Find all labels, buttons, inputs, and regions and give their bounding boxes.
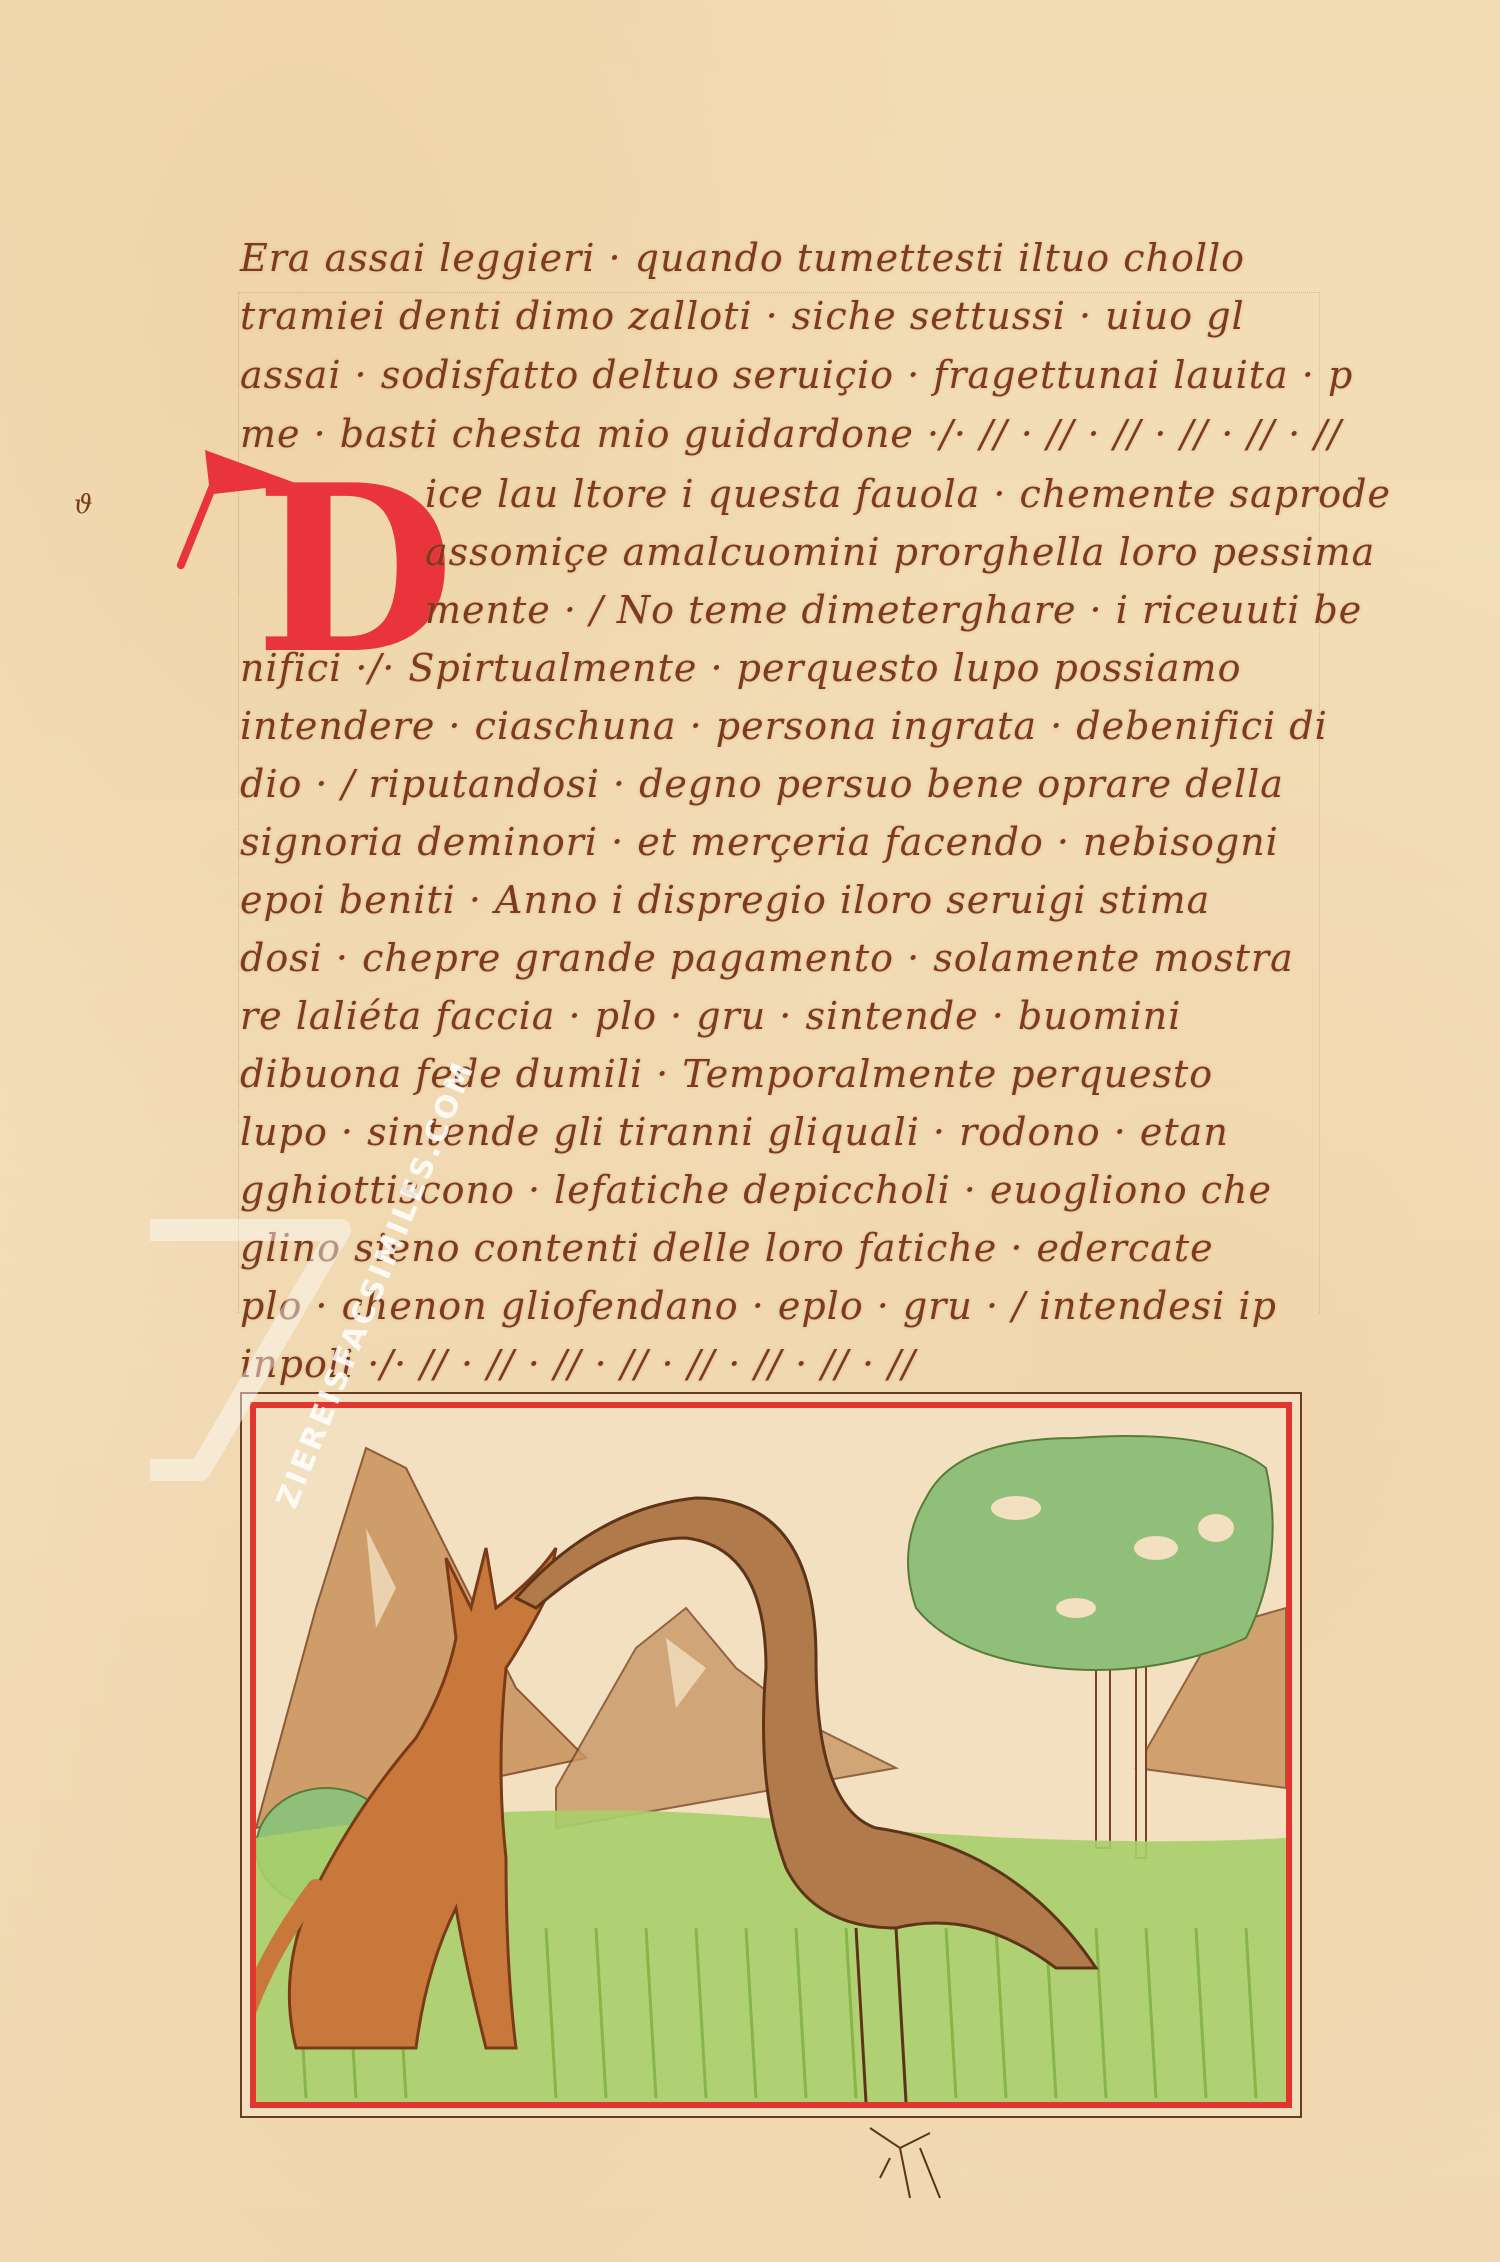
text-line: assai · sodisfatto deltuo seruiçio · fra… [240, 353, 1353, 397]
text-line: Era assai leggieri · quando tumettesti i… [240, 236, 1245, 280]
text-line: intendere · ciaschuna · persona ingrata … [240, 704, 1328, 748]
text-line: dio · / riputandosi · degno persuo bene … [240, 762, 1284, 806]
text-line: tramiei denti dimo zalloti · siche settu… [240, 294, 1245, 338]
text-line: plo · chenon gliofendano · eplo · gru · … [240, 1284, 1277, 1328]
text-line: me · basti chesta mio guidardone ·/· // … [240, 412, 1342, 456]
text-line: ice lau ltore i questa fauola · chemente… [425, 472, 1391, 516]
tree-trunk [1096, 1648, 1110, 1848]
text-line: dibuona fede dumili · Temporalmente perq… [240, 1052, 1213, 1096]
mountain-middle [556, 1608, 896, 1828]
tree-canopy [908, 1436, 1273, 1670]
text-line: re laliéta faccia · plo · gru · sintende… [240, 994, 1181, 1038]
text-line: lupo · sintende gli tiranni gliquali · r… [240, 1110, 1229, 1154]
text-line: signoria deminori · et merçeria facendo … [240, 820, 1279, 864]
text-line: assomiçe amalcuomini prorghella loro pes… [425, 530, 1375, 574]
text-line: epoi beniti · Anno i dispregio iloro ser… [240, 878, 1210, 922]
text-line: dosi · chepre grande pagamento · solamen… [240, 936, 1294, 980]
text-line: nifici ·/· Spirtualmente · perquesto lup… [240, 646, 1241, 690]
wolf-and-crane-scene [256, 1408, 1286, 2102]
text-line: mente · / No teme dimeterghare · i riceu… [425, 588, 1362, 632]
manuscript-page: ϑ D Era assai leggieri · quando tumettes… [0, 0, 1500, 2262]
crane-feet-sketch [860, 2118, 980, 2208]
margin-mark: ϑ [74, 490, 93, 520]
fable-illustration [240, 1392, 1302, 2118]
illustration-red-frame [250, 1402, 1292, 2108]
